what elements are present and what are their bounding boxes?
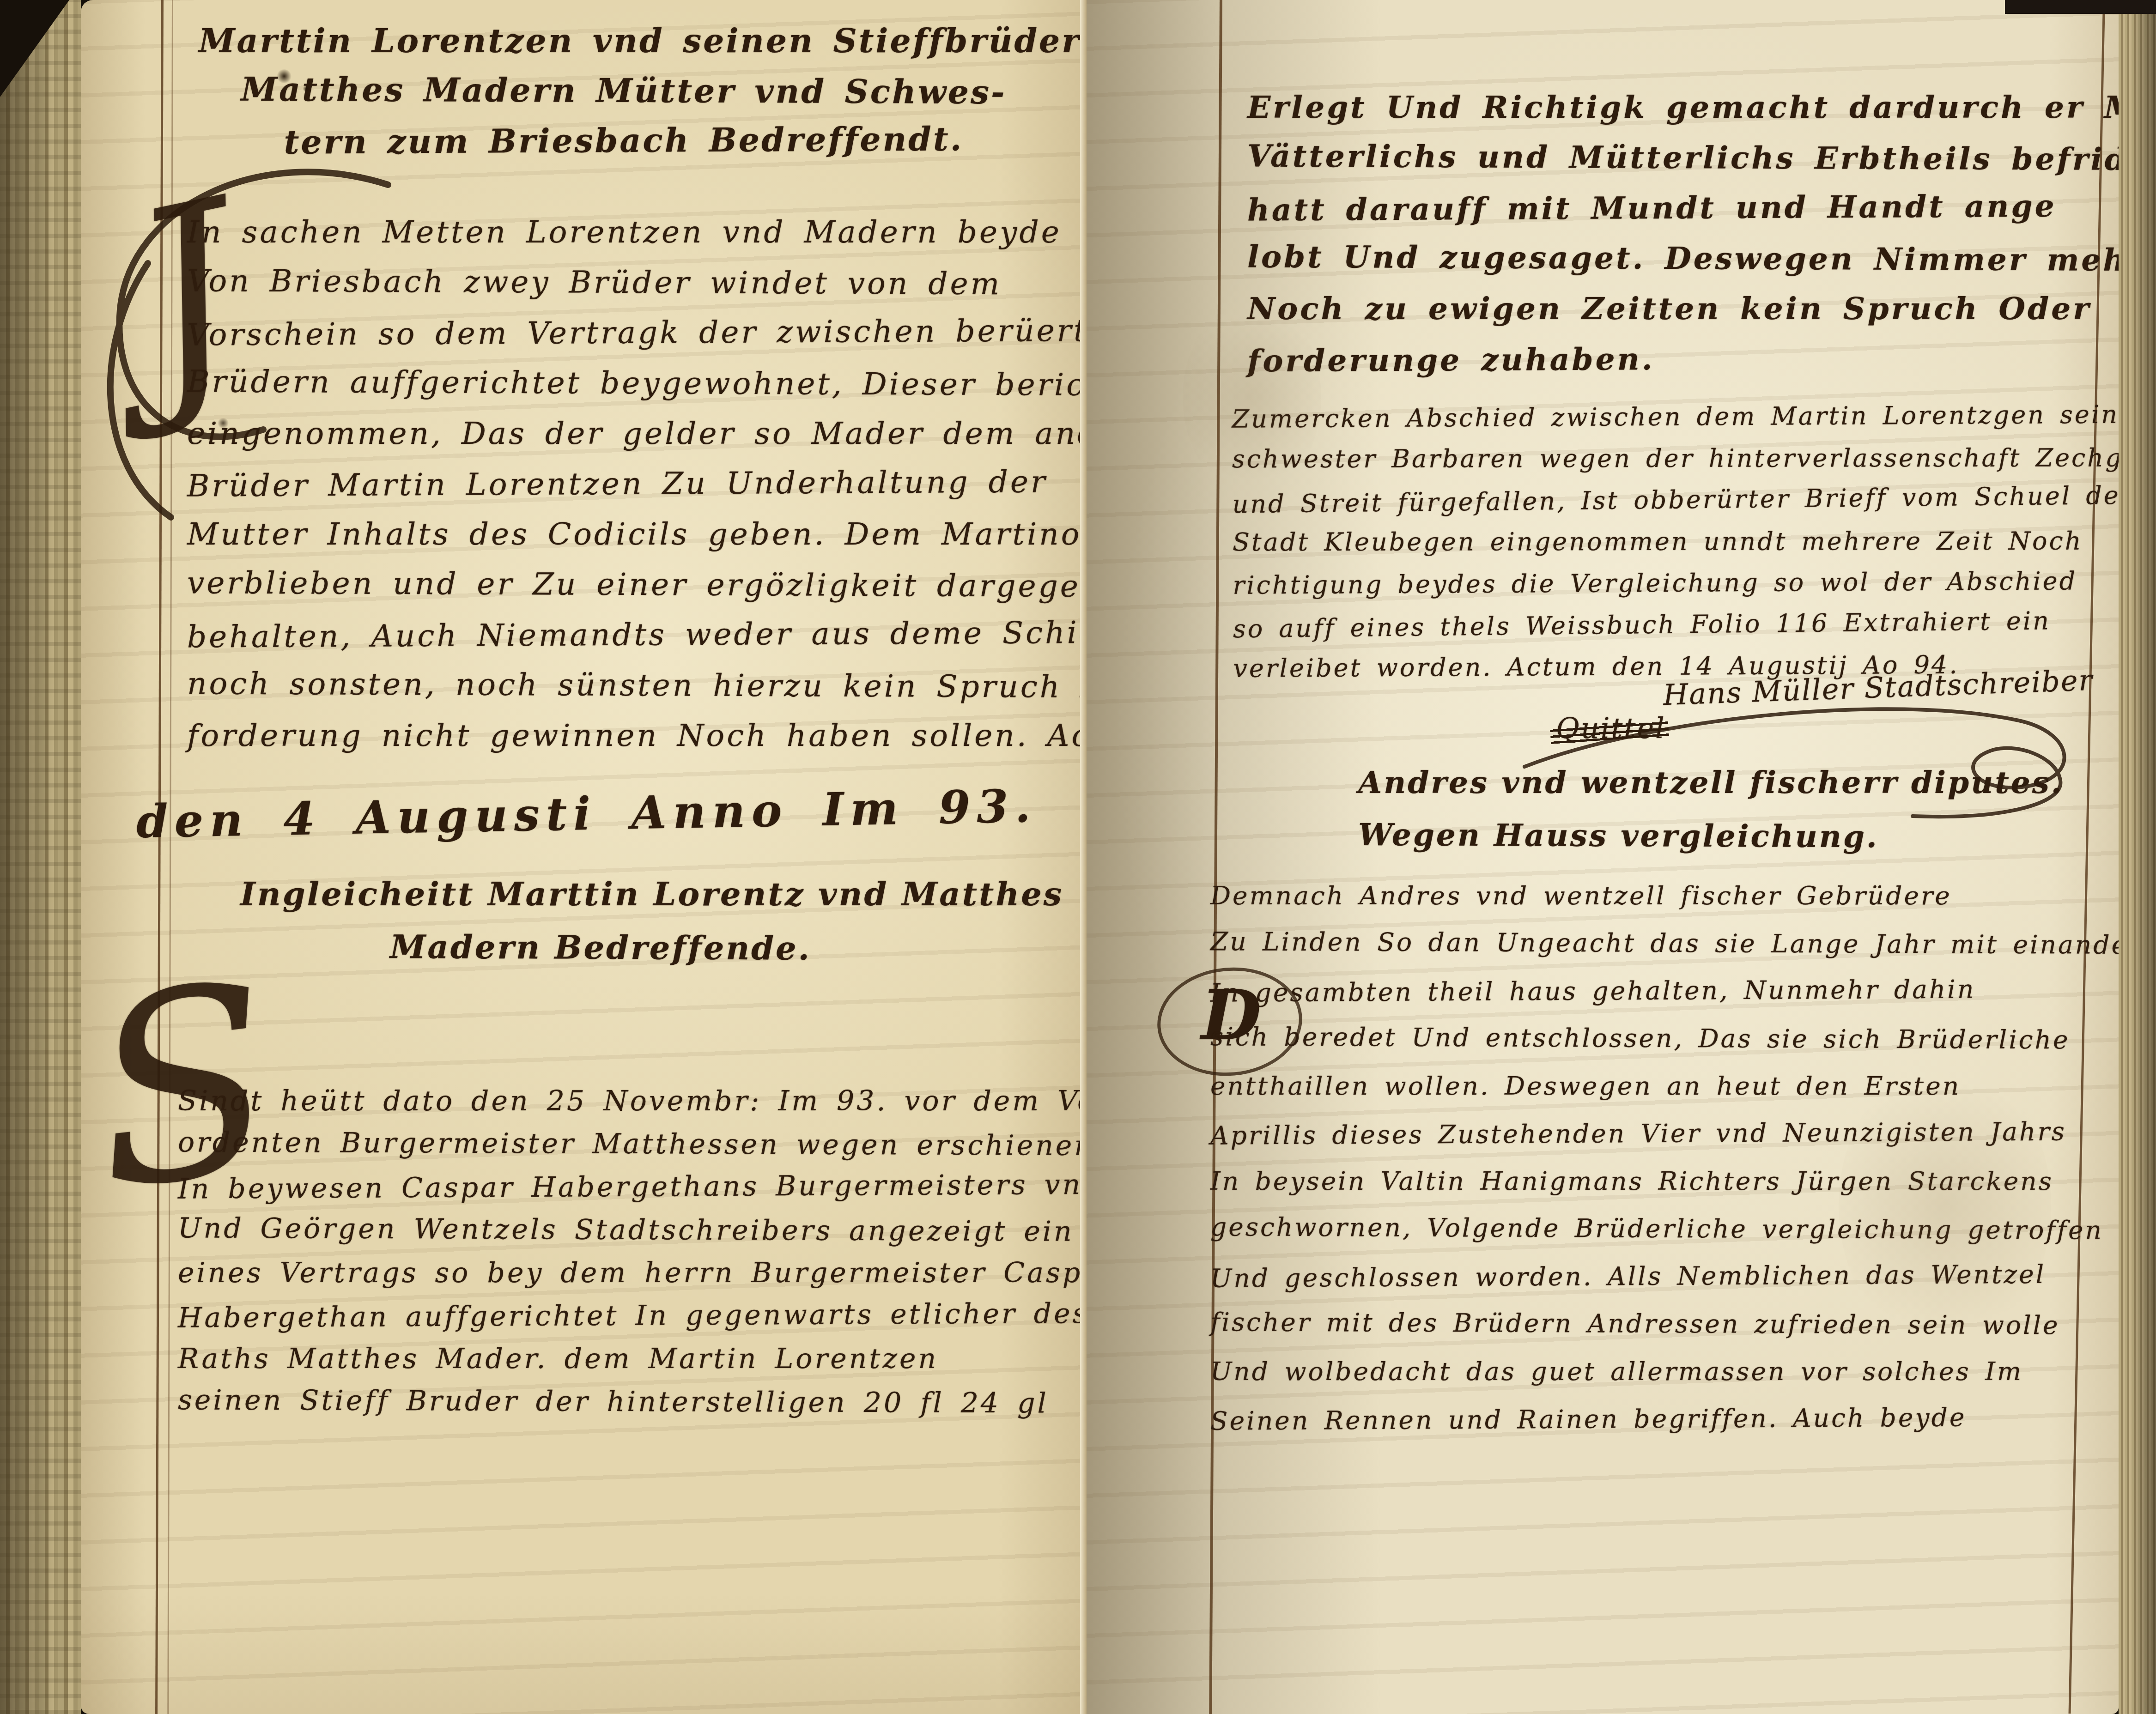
text-line: In beywesen Caspar Habergethans Burgerme… bbox=[178, 1163, 1058, 1211]
text-line: und Streit fürgefallen, Ist obberürter B… bbox=[1232, 475, 2083, 526]
right-page-paragraph-1: Erlegt Und Richtigk gemacht dardurch er … bbox=[1247, 82, 2083, 384]
text-line: Stadt Kleubegen eingenommen unndt mehrer… bbox=[1233, 521, 2083, 563]
text-line: Sindt heütt dato den 25 Novembr: Im 93. … bbox=[178, 1080, 1058, 1123]
text-line: Raths Matthes Mader. dem Martin Lorentze… bbox=[178, 1338, 1058, 1381]
text-line: Seinen Rennen und Rainen begriffen. Auch… bbox=[1210, 1393, 2097, 1445]
text-line: hatt darauff mit Mundt und Handt ange bbox=[1247, 181, 2084, 236]
text-line: eines Vertrags so bey dem herrn Burgerme… bbox=[178, 1252, 1058, 1295]
text-line: Brüder Martin Lorentzen Zu Underhaltung … bbox=[187, 456, 1056, 511]
text-line: schwester Barbaren wegen der hinterverla… bbox=[1232, 437, 2082, 480]
ink-blot bbox=[276, 69, 292, 83]
text-line: behalten, Auch Niemandts weder aus deme … bbox=[187, 607, 1056, 662]
text-line: eingenommen, Das der gelder so Mader dem… bbox=[187, 408, 1056, 459]
right-page-paragraph-2: Zumercken Abschied zwischen dem Martin L… bbox=[1232, 394, 2083, 690]
fore-edge bbox=[2119, 0, 2156, 1714]
text-line: forderunge zuhaben. bbox=[1247, 332, 2084, 387]
background-strip-topright bbox=[2005, 0, 2156, 14]
text-line: Von Briesbach zwey Brüder windet von dem bbox=[187, 255, 1056, 309]
text-line: Erlegt Und Richtigk gemacht dardurch er … bbox=[1247, 82, 2083, 133]
left-page-paragraph-1: In sachen Metten Lorentzen vnd Madern be… bbox=[187, 207, 1056, 761]
text-line: Demnach Andres vnd wentzell fischer Gebr… bbox=[1210, 872, 2097, 920]
manuscript-book-opening: Marttin Lorentzen vnd seinen Stieffbrüde… bbox=[0, 0, 2156, 1714]
right-page-heading: Andres vnd wentzell fischerr diputes.Weg… bbox=[1358, 756, 2079, 863]
paper-stain bbox=[1183, 300, 1321, 494]
text-line: Vätterlichs und Mütterlichs Erbtheils be… bbox=[1247, 131, 2083, 185]
text-line: Ingleicheitt Marttin Lorentz vnd Matthes bbox=[240, 867, 961, 921]
text-line: sich beredet Und entschlossen, Das sie s… bbox=[1210, 1013, 2097, 1064]
text-line: forderung nicht gewinnen Noch haben soll… bbox=[187, 710, 1056, 761]
text-line: Und wolbedacht das guet allermassen vor … bbox=[1210, 1348, 2097, 1395]
text-line: Zumercken Abschied zwischen dem Martin L… bbox=[1232, 394, 2082, 440]
left-page-paragraph-2: Sindt heütt dato den 25 Novembr: Im 93. … bbox=[178, 1080, 1058, 1423]
text-line: Mutter Inhalts des Codicils geben. Dem M… bbox=[187, 509, 1056, 559]
text-line: In sachen Metten Lorentzen vnd Madern be… bbox=[187, 207, 1056, 257]
ink-blot bbox=[217, 418, 229, 428]
ink-blot bbox=[303, 85, 310, 92]
text-line: Andres vnd wentzell fischerr diputes. bbox=[1358, 756, 2079, 809]
text-line: Marttin Lorentzen vnd seinen Stieffbrüde… bbox=[199, 16, 1049, 66]
text-line: Zu Linden So dan Ungeacht das sie Lange … bbox=[1210, 918, 2097, 969]
text-line: so auff eines thels Weissbuch Folio 116 … bbox=[1233, 600, 2083, 650]
text-line: Wegen Hauss vergleichung. bbox=[1358, 808, 2079, 864]
paper-stain bbox=[1839, 1062, 2051, 1349]
text-line: In gesambten theil haus gehalten, Nunmeh… bbox=[1210, 965, 2097, 1017]
text-line: seinen Stieff Bruder der hinterstelligen… bbox=[178, 1379, 1058, 1425]
text-line: verblieben und er Zu einer ergözligkeit … bbox=[187, 557, 1056, 611]
text-line: Madern Bedreffende. bbox=[240, 920, 961, 976]
text-line: Noch zu ewigen Zeitten kein Spruch Oder bbox=[1247, 284, 2083, 334]
text-line: Brüdern auffgerichtet beygewohnet, Diese… bbox=[187, 356, 1056, 410]
text-line: Habergethan auffgerichtet In gegenwarts … bbox=[178, 1292, 1058, 1339]
left-page-heading: Marttin Lorentzen vnd seinen Stieffbrüde… bbox=[199, 16, 1049, 165]
text-line: lobt Und zugesaget. Deswegen Nimmer mehr bbox=[1247, 232, 2083, 285]
text-line: Vorschein so dem Vertragk der zwischen b… bbox=[187, 305, 1056, 360]
text-line: Matthes Madern Mütter vnd Schwes- bbox=[199, 64, 1049, 117]
text-line: noch sonsten, noch sünsten hierzu kein S… bbox=[187, 658, 1056, 712]
text-line: richtigung beydes die Vergleichung so wo… bbox=[1233, 560, 2083, 606]
gutter bbox=[1080, 0, 1087, 1714]
left-page-subheading: Ingleicheitt Marttin Lorentz vnd Matthes… bbox=[240, 867, 961, 975]
text-line: Und Geörgen Wentzels Stadtschreibers ang… bbox=[178, 1207, 1058, 1253]
text-line: ordenten Burgermeister Matthessen wegen … bbox=[178, 1121, 1058, 1167]
